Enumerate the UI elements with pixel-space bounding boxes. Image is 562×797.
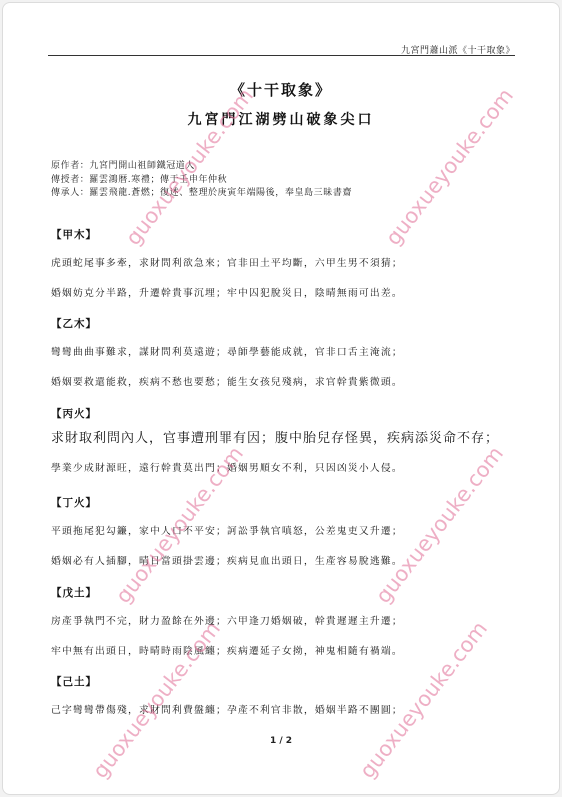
section-heading: 【丁火】 xyxy=(51,495,403,515)
document-title: 《十干取象》 xyxy=(3,79,559,100)
section-wu-earth: 【戊土】 房產爭執門不完，財力盈餘在外邊；六甲逢刀婚姻破，幹貴遲遲主升遷； 牢中… xyxy=(51,585,403,675)
verse-line: 房產爭執門不完，財力盈餘在外邊；六甲逢刀婚姻破，幹貴遲遲主升遷； xyxy=(51,615,403,645)
section-heading: 【己土】 xyxy=(51,674,403,694)
inheritor: 傳承人：羅雲飛龍.蒼燃；復述、整理於庚寅年端陽後，奉皇島三昧書齋 xyxy=(51,187,352,201)
section-heading: 【甲木】 xyxy=(51,227,403,247)
verse-line: 婚姻要救還能救，疾病不愁也要愁；能生女孩兒殘病，求官幹貴紫微頭。 xyxy=(51,376,403,406)
verse-line: 虎頭蛇尾事多牽，求財問利欲急來；官非田土平均斷，六甲生男不須猜； xyxy=(51,257,403,287)
section-heading: 【丙火】 xyxy=(51,406,499,426)
section-yi-wood: 【乙木】 彎彎曲曲事難求，謀財問利莫遠遊；尋師學藝能成就，官非口舌主淹流； 婚姻… xyxy=(51,316,403,406)
page-number: 1 / 2 xyxy=(3,736,559,746)
section-ji-earth: 【己土】 己字彎彎帶傷殘，求財問利費盤纏；孕產不利官非散，婚姻半路不團圓； xyxy=(51,674,403,734)
verse-line: 婚姻妨克分半路，升遷幹貴事沉埋；牢中囚犯脫災日，陰晴無雨可出差。 xyxy=(51,287,403,317)
document-subtitle: 九宮門江湖劈山破象尖口 xyxy=(3,109,559,129)
verse-line: 求財取利問內人，官事遭刑罪有因；腹中胎兒存怪異，疾病添災命不存； xyxy=(51,432,499,462)
section-ding-fire: 【丁火】 平頭拖尾犯勾鐮，家中人口不平安；訶訟爭執官嗔怒，公差鬼吏又升遷； 婚姻… xyxy=(51,495,403,585)
authorship-block: 原作者：九宮門開山祖師鐵冠道人 傳授者：羅雲鴻暦.寒禮；傳于壬申年仲秋 傳承人：… xyxy=(51,160,352,201)
section-heading: 【戊土】 xyxy=(51,585,403,605)
verse-line: 平頭拖尾犯勾鐮，家中人口不平安；訶訟爭執官嗔怒，公差鬼吏又升遷； xyxy=(51,525,403,555)
section-bing-fire: 【丙火】 求財取利問內人，官事遭刑罪有因；腹中胎兒存怪異，疾病添災命不存； 學業… xyxy=(51,406,499,492)
verse-line: 婚姻必有人插腳，晴日當頭掛雲邊；疾病見血出頭日，生產容易脫逃難。 xyxy=(51,555,403,585)
header-rule xyxy=(48,55,515,56)
original-author: 原作者：九宮門開山祖師鐵冠道人 xyxy=(51,160,352,174)
verse-line: 牢中無有出頭日，時晴時雨陰風纏；疾病遷延子女拗，神鬼相隨有禍端。 xyxy=(51,645,403,675)
transmitter: 傳授者：羅雲鴻暦.寒禮；傳于壬申年仲秋 xyxy=(51,174,352,188)
verse-line: 學業少成財源旺，遠行幹貴莫出門；婚姻男順女不利，只因凶災小人侵。 xyxy=(51,462,499,492)
verse-line: 彎彎曲曲事難求，謀財問利莫遠遊；尋師學藝能成就，官非口舌主淹流； xyxy=(51,346,403,376)
verse-line: 己字彎彎帶傷殘，求財問利費盤纏；孕產不利官非散，婚姻半路不團圓； xyxy=(51,704,403,734)
document-page: 九宮門蕭山派《十干取象》 《十干取象》 九宮門江湖劈山破象尖口 原作者：九宮門開… xyxy=(2,2,560,795)
section-jia-wood: 【甲木】 虎頭蛇尾事多牽，求財問利欲急來；官非田土平均斷，六甲生男不須猜； 婚姻… xyxy=(51,227,403,317)
section-heading: 【乙木】 xyxy=(51,316,403,336)
